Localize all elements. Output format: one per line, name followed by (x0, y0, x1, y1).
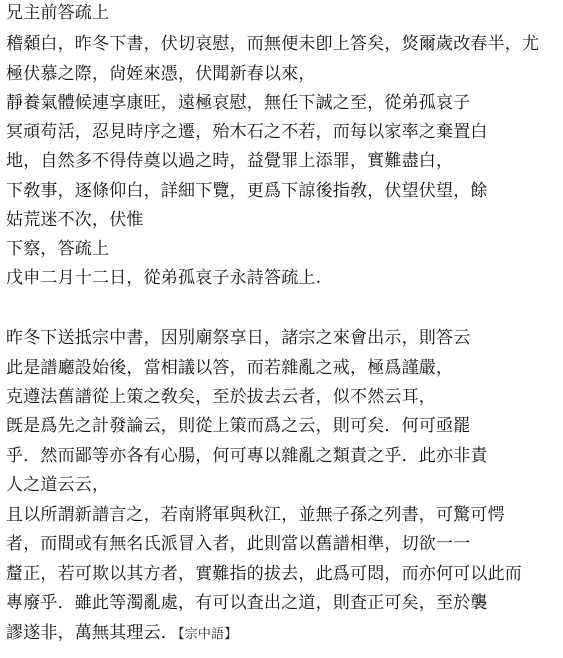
text-line: 旣是爲先之計發論云，則從上策而爲之云，則可矣．何可亟罷 (6, 415, 470, 437)
text-line: 姑荒迷不次，伏惟 (6, 209, 144, 231)
text-line: 靜養氣體候連享康旺，遠極哀慰，無任下誠之至，從弟孤哀子 (6, 92, 470, 114)
text-line: 冥頑苟活，忍見時序之遷，殆木石之不若，而每以家率之棄置白 (6, 121, 488, 143)
text-line: 且以所謂新譜言之，若南將軍與秋江，並無子孫之列書，可驚可愕 (6, 504, 505, 526)
text-line: 稽顙白，昨冬下書，伏切哀慰，而無便未卽上答矣，焂爾歲改春半，尤 (6, 33, 539, 55)
letter-heading: 兄主前答疏上 (6, 2, 109, 24)
text-line: 此是譜廳設始後，當相議以答，而若雜亂之戒，極爲謹嚴， (6, 357, 453, 379)
text-line-last-body: 謬遂非，萬無其理云． (6, 623, 178, 643)
text-line: 者，而間或有無名氏派冒入者，此則當以舊譜相準，切欲一一 (6, 533, 470, 555)
source-tag: 【宗中語】 (178, 627, 238, 642)
text-line-last: 謬遂非，萬無其理云．【宗中語】 (6, 622, 238, 646)
text-line: 昨冬下送抵宗中書，因別廟祭享日，諸宗之來會出示，則答云 (6, 327, 470, 349)
text-line: 釐正，若可欺以其方者，實難指的拔去，此爲可悶，而亦何可以此而 (6, 563, 522, 585)
text-line: 地，自然多不得侍奠以過之時，益覺罪上添罪，實難盡白， (6, 150, 453, 172)
text-line: 專廢乎．雖此等濁亂處，有可以査出之道，則査正可矣，至於襲 (6, 592, 488, 614)
text-line: 乎．然而鄙等亦各有心腸，何可專以雜亂之類責之乎．此亦非責 (6, 445, 488, 467)
text-line: 人之道云云， (6, 474, 109, 496)
text-line: 克遵法舊譜從上策之敎矣，至於拔去云者，似不然云耳， (6, 386, 436, 408)
signature-line: 戊申二月十二日，從弟孤哀子永詩答疏上. (6, 267, 321, 289)
text-line: 下敎事，逐條仰白，詳細下覽，更爲下諒後指敎，伏望伏望，餘 (6, 180, 488, 202)
text-line: 下察，答疏上 (6, 238, 109, 260)
text-line: 極伏慕之際，尙姪來憑，伏聞新春以來， (6, 63, 316, 85)
